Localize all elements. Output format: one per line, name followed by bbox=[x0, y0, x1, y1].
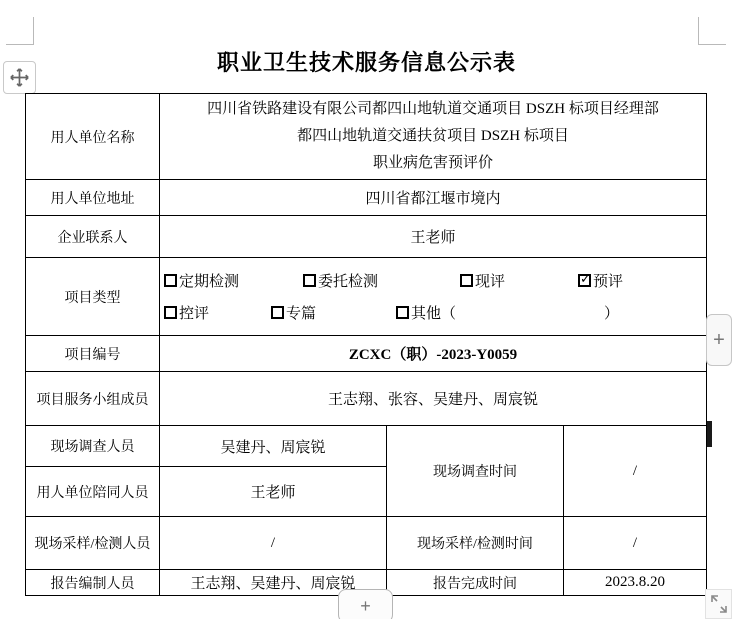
report-time-cell: 2023.8.20 bbox=[564, 570, 707, 596]
employer-name-cell: 四川省铁路建设有限公司都四山地轨道交通项目 DSZH 标项目经理部 都四山地轨道… bbox=[160, 94, 707, 180]
employer-address-cell: 四川省都江堰市境内 bbox=[160, 180, 707, 216]
row-label: 项目服务小组成员 bbox=[26, 372, 160, 426]
employer-name-line: 都四山地轨道交通扶贫项目 DSZH 标项目 bbox=[164, 123, 702, 150]
row-resize-marker[interactable] bbox=[707, 421, 712, 447]
resize-diagonal-icon bbox=[709, 593, 729, 615]
checkbox-icon[interactable] bbox=[271, 306, 284, 319]
row-label: 企业联系人 bbox=[26, 216, 160, 258]
checkbox-label: 现评 bbox=[475, 270, 505, 291]
project-type-line1: 定期检测 委托检测 现评 预评 bbox=[164, 265, 702, 297]
checkbox-option[interactable]: 控评 bbox=[164, 302, 209, 323]
checkbox-option[interactable]: 委托检测 bbox=[303, 270, 378, 291]
contact-cell: 王老师 bbox=[160, 216, 707, 258]
checkbox-label: 控评 bbox=[179, 302, 209, 323]
margin-corner-mark-top-right bbox=[698, 17, 726, 45]
table-resize-handle[interactable] bbox=[705, 589, 732, 619]
row-label: 现场采样/检测时间 bbox=[387, 517, 564, 570]
sampling-time-cell: / bbox=[564, 517, 707, 570]
document-page: 职业卫生技术服务信息公示表 用人单位名称 四川省铁路建设有限公司都四山地轨道交通… bbox=[0, 0, 733, 619]
row-label: 现场采样/检测人员 bbox=[26, 517, 160, 570]
margin-corner-mark-top-left bbox=[6, 17, 34, 45]
add-row-button[interactable]: + bbox=[338, 589, 393, 619]
table-row: 用人单位名称 四川省铁路建设有限公司都四山地轨道交通项目 DSZH 标项目经理部… bbox=[26, 94, 707, 180]
checkbox-icon[interactable] bbox=[303, 274, 316, 287]
row-label: 项目编号 bbox=[26, 336, 160, 372]
checkbox-label: 委托检测 bbox=[318, 270, 378, 291]
plus-icon: + bbox=[713, 329, 725, 352]
survey-time-cell: / bbox=[564, 426, 707, 517]
row-label: 用人单位陪同人员 bbox=[26, 467, 160, 517]
table-row: 项目编号 ZCXC（职）-2023-Y0059 bbox=[26, 336, 707, 372]
row-label: 现场调查人员 bbox=[26, 426, 160, 467]
checkbox-icon[interactable] bbox=[578, 274, 591, 287]
project-no-cell: ZCXC（职）-2023-Y0059 bbox=[160, 336, 707, 372]
plus-icon: + bbox=[360, 596, 371, 617]
checkbox-label: 专篇 bbox=[286, 302, 316, 323]
checkbox-option[interactable]: 现评 bbox=[460, 270, 505, 291]
checkbox-icon[interactable] bbox=[164, 274, 177, 287]
sampling-cell: / bbox=[160, 517, 387, 570]
checkbox-icon[interactable] bbox=[396, 306, 409, 319]
team-cell: 王志翔、张容、吴建丹、周宸锐 bbox=[160, 372, 707, 426]
checkbox-option[interactable]: 其他（ bbox=[396, 302, 456, 323]
row-label: 报告完成时间 bbox=[387, 570, 564, 596]
checkbox-label: 预评 bbox=[593, 270, 623, 291]
table-row: 现场调查人员 吴建丹、周宸锐 现场调查时间 / bbox=[26, 426, 707, 467]
table-row: 项目类型 定期检测 委托检测 现评 预评 控评 专篇 其他（ ） bbox=[26, 258, 707, 336]
add-column-button[interactable]: + bbox=[706, 314, 732, 366]
table-row: 用人单位地址 四川省都江堰市境内 bbox=[26, 180, 707, 216]
project-type-cell: 定期检测 委托检测 现评 预评 控评 专篇 其他（ ） bbox=[160, 258, 707, 336]
checkbox-icon[interactable] bbox=[460, 274, 473, 287]
checkbox-label: 其他（ bbox=[411, 302, 456, 323]
table-row: 现场采样/检测人员 / 现场采样/检测时间 / bbox=[26, 517, 707, 570]
row-label: 用人单位地址 bbox=[26, 180, 160, 216]
table-row: 企业联系人 王老师 bbox=[26, 216, 707, 258]
checkbox-icon[interactable] bbox=[164, 306, 177, 319]
row-label: 报告编制人员 bbox=[26, 570, 160, 596]
employer-name-line: 职业病危害预评价 bbox=[164, 150, 702, 177]
employer-name-line: 四川省铁路建设有限公司都四山地轨道交通项目 DSZH 标项目经理部 bbox=[164, 96, 702, 123]
table-row: 项目服务小组成员 王志翔、张容、吴建丹、周宸锐 bbox=[26, 372, 707, 426]
checkbox-label: 定期检测 bbox=[179, 270, 239, 291]
site-survey-cell: 吴建丹、周宸锐 bbox=[160, 426, 387, 467]
row-label: 项目类型 bbox=[26, 258, 160, 336]
checkbox-option[interactable]: 定期检测 bbox=[164, 270, 239, 291]
row-label: 现场调查时间 bbox=[387, 426, 564, 517]
other-close-paren: ） bbox=[604, 302, 619, 323]
page-title: 职业卫生技术服务信息公示表 bbox=[0, 46, 733, 77]
row-label: 用人单位名称 bbox=[26, 94, 160, 180]
checkbox-option[interactable]: 专篇 bbox=[271, 302, 316, 323]
checkbox-option[interactable]: 预评 bbox=[578, 270, 623, 291]
project-type-line2: 控评 专篇 其他（ ） bbox=[164, 297, 702, 329]
accompany-cell: 王老师 bbox=[160, 467, 387, 517]
info-table: 用人单位名称 四川省铁路建设有限公司都四山地轨道交通项目 DSZH 标项目经理部… bbox=[25, 93, 707, 596]
